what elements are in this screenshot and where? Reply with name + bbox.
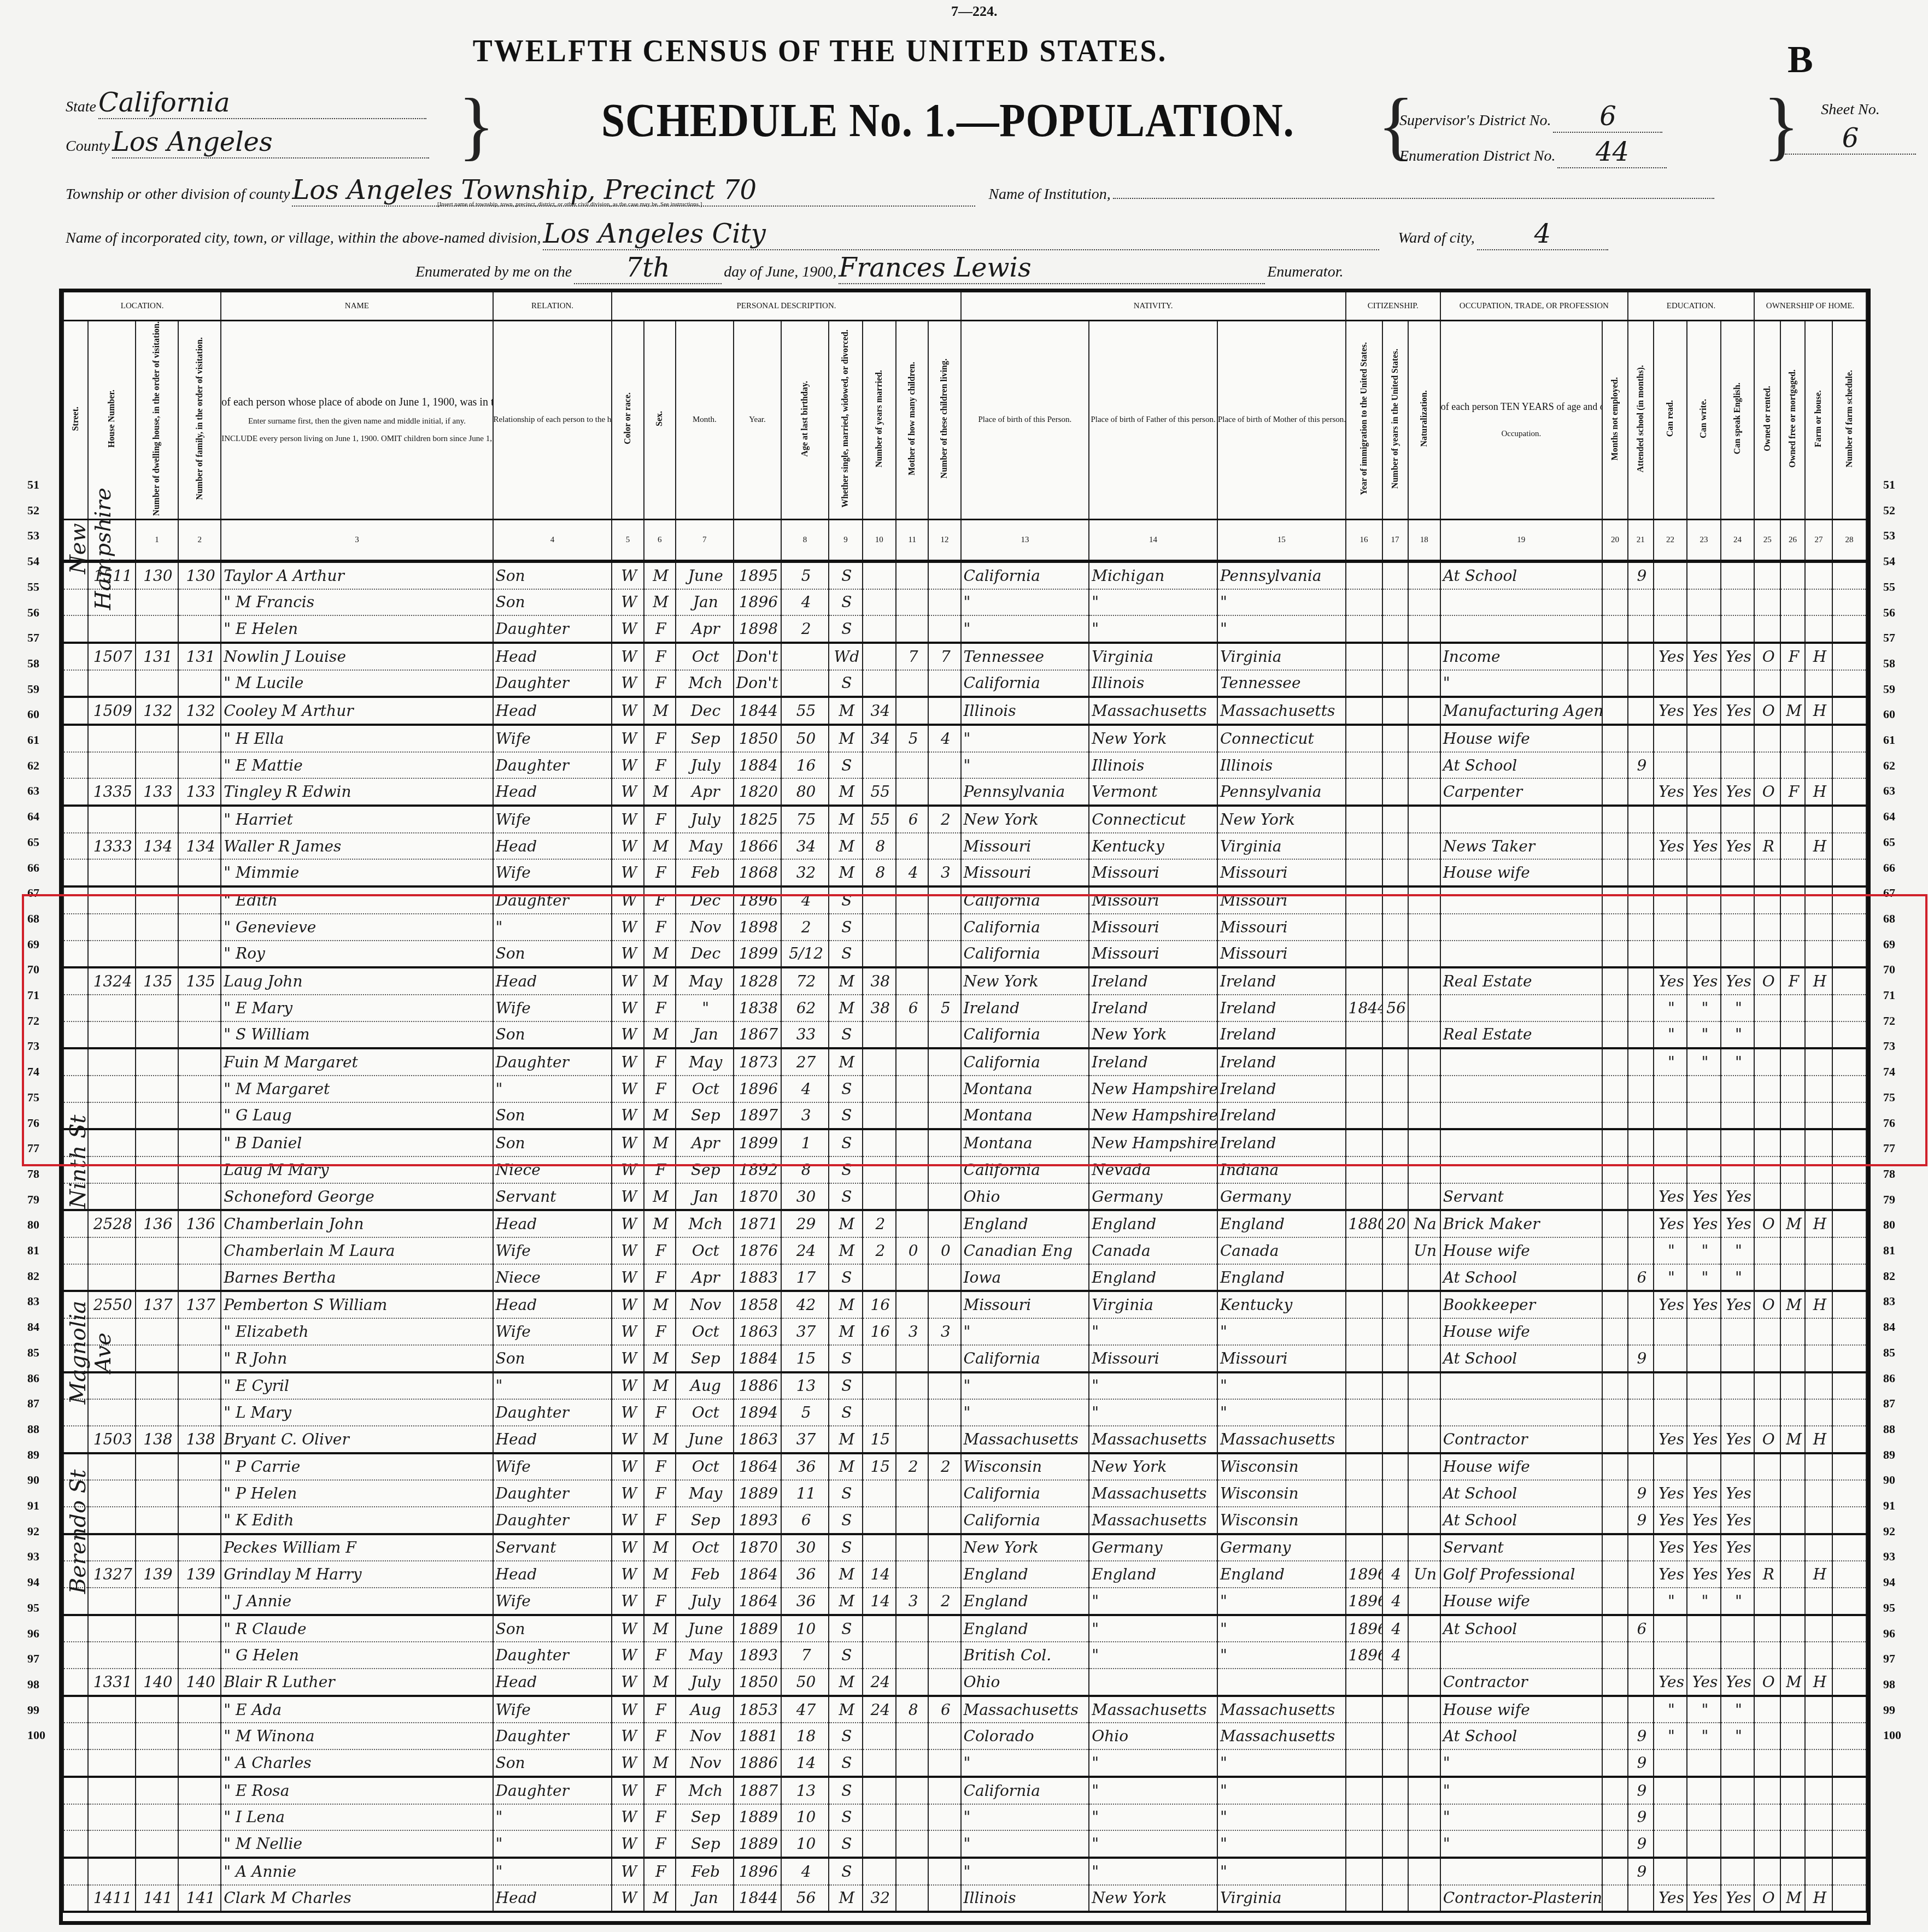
cell-school [1628,1696,1654,1723]
cell-sex: F [644,1642,676,1669]
cell-unemployed [1602,1399,1628,1426]
cell-yrs-us [1382,643,1408,670]
cell-school [1628,995,1654,1021]
cell-read [1654,1156,1687,1183]
cell-age: 8 [781,1156,829,1183]
cell-color: W [612,1291,643,1318]
cell-pob-mother: Tennessee [1217,670,1346,697]
cell-yrs-married [863,1345,896,1372]
cell-pob-father: Canada [1089,1237,1217,1264]
cell-free: M [1780,697,1805,725]
cell-relation: " [493,1858,612,1885]
cell-month: May [676,967,734,995]
line-number: 94 [27,1575,39,1589]
cell-school [1628,697,1654,725]
cell-english [1721,725,1754,752]
cell-pob-father: Ireland [1089,1048,1217,1076]
cell-free [1780,1804,1805,1831]
cell-year: 1896 [734,589,781,616]
cell-yrs-married [863,1480,896,1507]
cell-pob-mother: Massachusetts [1217,697,1346,725]
cell-family [178,1264,221,1291]
cell-immig: 1896 [1346,1561,1382,1588]
cell-year: 1896 [734,1076,781,1102]
cell-dwelling [136,1372,178,1400]
cell-name: " K Edith [221,1507,493,1534]
cell-pob-father: Illinois [1089,752,1217,779]
line-number: 92 [1883,1524,1895,1538]
cell-farm: H [1805,1291,1832,1318]
cell-english: Yes [1721,1426,1754,1453]
cell-yrs-married [863,1399,896,1426]
cell-pob-mother: " [1217,1318,1346,1345]
cell-pob-father: Germany [1089,1534,1217,1561]
cell-relation: Head [493,697,612,725]
cell-unemployed [1602,967,1628,995]
cell-immig: 1896 [1346,1615,1382,1642]
cell-free [1780,1642,1805,1669]
cell-yrs-us: 4 [1382,1561,1408,1588]
cell-schedule [1832,833,1866,860]
census-row: 1327139139Grindlay M HarryHeadWMFeb18643… [63,1561,1866,1588]
cell-age: 5/12 [781,941,829,968]
line-number: 70 [1883,962,1895,977]
cell-yrs-married: 15 [863,1453,896,1481]
cell-schedule [1832,1345,1866,1372]
group-personal: PERSONAL DESCRIPTION. [612,292,960,321]
cell-read: Yes [1654,967,1687,995]
cell-dwelling [136,1183,178,1211]
cell-english [1721,1858,1754,1885]
cell-house: 1327 [88,1561,136,1588]
cell-mother-of: 7 [896,643,928,670]
cell-marital: M [829,725,862,752]
cell-age: 50 [781,1669,829,1696]
cell-owned: O [1754,1669,1780,1696]
cell-month: Apr [676,1129,734,1156]
cell-yrs-us [1382,1830,1408,1858]
cell-yrs-married [863,1830,896,1858]
cell-read: Yes [1654,1210,1687,1237]
cell-occupation: At School [1440,1480,1602,1507]
cell-dwelling: 140 [136,1669,178,1696]
cell-relation: Wife [493,1237,612,1264]
cell-living [928,561,960,589]
cell-age: 10 [781,1804,829,1831]
line-number: 70 [27,962,39,977]
cell-family [178,1642,221,1669]
cell-occupation: House wife [1440,859,1602,886]
cell-pob-mother: Pennsylvania [1217,561,1346,589]
cell-natz [1408,1318,1440,1345]
cell-street [63,914,88,941]
cell-english: " [1721,1723,1754,1749]
cell-relation: Wife [493,1318,612,1345]
cell-name: Clark M Charles [221,1885,493,1912]
cell-family [178,1237,221,1264]
cell-free: F [1780,967,1805,995]
cell-age: 18 [781,1723,829,1749]
cell-pob-mother: " [1217,1749,1346,1777]
cell-marital: S [829,561,862,589]
cell-age: 5 [781,1399,829,1426]
cell-owned [1754,1804,1780,1831]
street-name-label: Berendo St [66,1417,91,1646]
cell-schedule [1832,1076,1866,1102]
cell-read [1654,1453,1687,1481]
cell-occupation: Carpenter [1440,778,1602,806]
cell-school [1628,1399,1654,1426]
cell-pob-mother: Missouri [1217,914,1346,941]
cell-immig [1346,806,1382,833]
cell-year: 1867 [734,1021,781,1049]
cell-owned: O [1754,697,1780,725]
cell-natz [1408,1507,1440,1534]
cell-living [928,1426,960,1453]
cell-owned [1754,1345,1780,1372]
cell-pob: England [961,1588,1089,1615]
cell-pob-father: Ireland [1089,967,1217,995]
cell-living: 2 [928,1453,960,1481]
cell-pob-father: " [1089,1588,1217,1615]
cell-relation: Son [493,1749,612,1777]
cell-sex: M [644,1291,676,1318]
schedule-title: SCHEDULE No. 1.—POPULATION. [601,93,1294,148]
cell-color: W [612,1749,643,1777]
cell-sex: M [644,1885,676,1912]
line-number: 63 [1883,784,1895,798]
cell-dwelling [136,1615,178,1642]
cell-schedule [1832,1102,1866,1130]
cell-house [88,941,136,968]
col-number [734,519,781,561]
col-header-26: Owned free or mortgaged. [1780,321,1805,520]
cell-owned [1754,1723,1780,1749]
cell-unemployed [1602,1076,1628,1102]
cell-mother-of [896,1561,928,1588]
cell-immig [1346,778,1382,806]
cell-dwelling [136,886,178,914]
cell-living [928,1264,960,1291]
cell-owned [1754,1399,1780,1426]
cell-natz [1408,886,1440,914]
cell-house [88,886,136,914]
cell-owned [1754,1453,1780,1481]
line-number: 82 [27,1269,39,1283]
cell-english [1721,1399,1754,1426]
cell-yrs-married: 14 [863,1561,896,1588]
cell-schedule [1832,1696,1866,1723]
cell-age: 56 [781,1885,829,1912]
cell-read: " [1654,1264,1687,1291]
cell-school: 9 [1628,1723,1654,1749]
line-number: 67 [27,886,39,900]
cell-farm [1805,1642,1832,1669]
cell-name: " A Annie [221,1858,493,1885]
line-number: 78 [27,1167,39,1181]
cell-immig: 1844 [1346,995,1382,1021]
cell-mother-of [896,1210,928,1237]
cell-free [1780,1588,1805,1615]
cell-free [1780,859,1805,886]
cell-month: Nov [676,1291,734,1318]
col-number: 26 [1780,519,1805,561]
cell-read: " [1654,1723,1687,1749]
cell-yrs-married [863,1372,896,1400]
cell-unemployed [1602,886,1628,914]
line-number: 54 [1883,554,1895,568]
cell-relation: Niece [493,1264,612,1291]
line-number: 88 [27,1422,39,1436]
cell-natz [1408,1480,1440,1507]
cell-owned [1754,886,1780,914]
cell-house [88,1534,136,1561]
cell-pob: Missouri [961,1291,1089,1318]
col-header-3: of each person whose place of abode on J… [221,321,493,520]
census-row: 1411141141Clark M CharlesHeadWMJan184456… [63,1885,1866,1912]
cell-schedule [1832,914,1866,941]
cell-unemployed [1602,1588,1628,1615]
cell-house: 1411 [88,1885,136,1912]
cell-pob-mother: Ireland [1217,1102,1346,1130]
cell-year: 1892 [734,1156,781,1183]
cell-age: 13 [781,1372,829,1400]
cell-occupation [1440,995,1602,1021]
col-number: 22 [1654,519,1687,561]
line-number: 56 [1883,606,1895,620]
cell-dwelling [136,1588,178,1615]
cell-year: Don't know [734,643,781,670]
cell-school [1628,967,1654,995]
cell-natz: Na [1408,1210,1440,1237]
cell-pob: New York [961,1534,1089,1561]
sheet-value: 6 [1785,123,1916,155]
cell-read [1654,1615,1687,1642]
cell-street [63,1669,88,1696]
line-number: 52 [1883,503,1895,518]
cell-year: 1896 [734,886,781,914]
cell-owned [1754,752,1780,779]
cell-relation: Daughter [493,752,612,779]
cell-read: Yes [1654,1183,1687,1211]
cell-natz [1408,1696,1440,1723]
cell-house: 1507 [88,643,136,670]
cell-write [1687,1076,1720,1102]
cell-dwelling: 136 [136,1210,178,1237]
cell-street [63,670,88,697]
cell-sex: M [644,1210,676,1237]
col-header-4: Relationship of each person to the head … [493,321,612,520]
cell-schedule [1832,1021,1866,1049]
cell-house: 1331 [88,1669,136,1696]
cell-write [1687,725,1720,752]
cell-marital: S [829,1399,862,1426]
cell-name: " G Laug [221,1102,493,1130]
cell-name: Cooley M Arthur [221,697,493,725]
col-number: 14 [1089,519,1217,561]
cell-living [928,1156,960,1183]
cell-natz [1408,1345,1440,1372]
col-header-25: Owned or rented. [1754,321,1780,520]
cell-free [1780,670,1805,697]
cell-owned [1754,1534,1780,1561]
cell-month: Jan [676,1885,734,1912]
cell-sex: F [644,914,676,941]
cell-street [63,1723,88,1749]
cell-free [1780,615,1805,643]
cell-pob-mother: " [1217,1830,1346,1858]
cell-school [1628,1210,1654,1237]
cell-english: Yes [1721,833,1754,860]
cell-occupation: At School [1440,561,1602,589]
cell-color: W [612,778,643,806]
col-header-9: Whether single, married, widowed, or div… [829,321,862,520]
cell-dwelling [136,1076,178,1102]
cell-marital: S [829,1076,862,1102]
col-header-12: Number of these children living. [928,321,960,520]
line-number: 76 [1883,1116,1895,1130]
cell-schedule [1832,1723,1866,1749]
cell-pob-mother: Ireland [1217,1076,1346,1102]
cell-yrs-married: 8 [863,859,896,886]
cell-living: 2 [928,1588,960,1615]
line-number: 69 [27,937,39,952]
census-row: Barnes BerthaNieceWFApr188317SIowaEnglan… [63,1264,1866,1291]
cell-year: 1893 [734,1642,781,1669]
cell-yrs-us [1382,886,1408,914]
cell-month: Sep [676,725,734,752]
cell-mother-of: 6 [896,806,928,833]
cell-schedule [1832,941,1866,968]
cell-family [178,1480,221,1507]
cell-mother-of [896,697,928,725]
cell-age: 27 [781,1048,829,1076]
cell-street [63,697,88,725]
cell-marital: M [829,1237,862,1264]
cell-immig [1346,1129,1382,1156]
cell-color: W [612,1534,643,1561]
cell-name: " Edith [221,886,493,914]
cell-pob-father: " [1089,1858,1217,1885]
cell-immig [1346,589,1382,616]
cell-natz [1408,1858,1440,1885]
cell-color: W [612,1696,643,1723]
cell-school: 9 [1628,1345,1654,1372]
cell-sex: F [644,670,676,697]
cell-marital: M [829,1696,862,1723]
cell-farm [1805,1021,1832,1049]
cell-street [63,1777,88,1804]
col-number: 8 [781,519,829,561]
cell-farm [1805,995,1832,1021]
cell-living [928,1021,960,1049]
cell-schedule [1832,1804,1866,1831]
cell-farm [1805,1264,1832,1291]
line-number: 98 [1883,1677,1895,1692]
cell-farm: H [1805,1426,1832,1453]
cell-dwelling [136,1858,178,1885]
cell-farm [1805,561,1832,589]
cell-yrs-married: 15 [863,1426,896,1453]
cell-yrs-us [1382,1453,1408,1481]
cell-free [1780,1021,1805,1049]
cell-relation: Head [493,833,612,860]
line-number: 55 [27,580,39,594]
name-note1: Enter surname first, then the given name… [221,416,492,426]
cell-mother-of [896,670,928,697]
cell-free: F [1780,643,1805,670]
cell-family [178,886,221,914]
col-number: 9 [829,519,862,561]
line-number: 84 [1883,1320,1895,1334]
line-number: 62 [27,759,39,773]
cell-street [63,752,88,779]
cell-marital: M [829,833,862,860]
nativity-label: Place of birth of Mother of this person. [1218,415,1346,424]
cell-marital: S [829,886,862,914]
cell-dwelling [136,589,178,616]
cell-living [928,1372,960,1400]
cell-free [1780,1399,1805,1426]
vertical-label: House Number. [107,390,117,448]
cell-school [1628,1021,1654,1049]
cell-unemployed [1602,670,1628,697]
cell-living: 3 [928,1318,960,1345]
line-number: 78 [1883,1167,1895,1181]
cell-house [88,859,136,886]
cell-marital: Wd [829,643,862,670]
cell-color: W [612,995,643,1021]
cell-free: F [1780,778,1805,806]
cell-english: " [1721,1696,1754,1723]
cell-occupation [1440,914,1602,941]
cell-immig [1346,1291,1382,1318]
cell-natz [1408,1534,1440,1561]
cell-farm: H [1805,1885,1832,1912]
cell-yrs-us [1382,1076,1408,1102]
line-number: 75 [1883,1090,1895,1105]
cell-yrs-married [863,615,896,643]
cell-occupation: " [1440,1804,1602,1831]
census-row: " E RosaDaughterWFMch188713SCalifornia""… [63,1777,1866,1804]
cell-dwelling [136,1156,178,1183]
county-field: County Los Angeles [66,127,459,158]
cell-free [1780,1696,1805,1723]
cell-write [1687,615,1720,643]
cell-street [63,1264,88,1291]
cell-mother-of [896,1076,928,1102]
cell-yrs-us: 4 [1382,1615,1408,1642]
cell-family [178,995,221,1021]
cell-relation: Daughter [493,1507,612,1534]
cell-pob-father: Missouri [1089,886,1217,914]
cell-read [1654,1345,1687,1372]
cell-pob: California [961,1345,1089,1372]
cell-write [1687,752,1720,779]
cell-marital: M [829,697,862,725]
col-header-8: Age at last birthday. [781,321,829,520]
cell-month: May [676,1642,734,1669]
cell-marital: S [829,615,862,643]
cell-dwelling: 132 [136,697,178,725]
census-row: " R JohnSonWMSep188415SCaliforniaMissour… [63,1345,1866,1372]
cell-pob-father: " [1089,1777,1217,1804]
cell-yrs-married [863,1534,896,1561]
cell-month: Aug [676,1696,734,1723]
census-row: 1335133133Tingley R EdwinHeadWMApr182080… [63,778,1866,806]
cell-english: Yes [1721,1291,1754,1318]
cell-mother-of [896,589,928,616]
